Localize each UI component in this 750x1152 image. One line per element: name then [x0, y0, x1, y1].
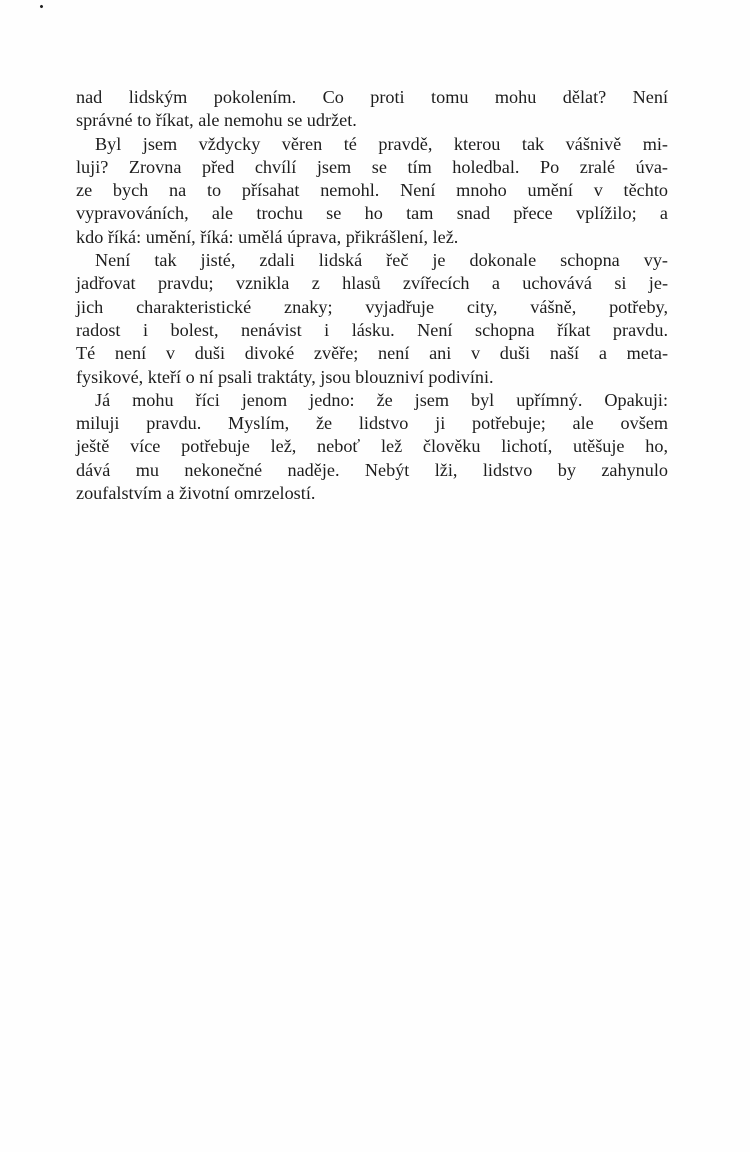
text-line: ze bych na to přísahat nemohl. Není mnoh… — [76, 179, 668, 202]
scan-artifact-speck — [39, 4, 43, 8]
text-line: nad lidským pokolením. Co proti tomu moh… — [76, 86, 668, 109]
text-line: Není tak jisté, zdali lidská řeč je doko… — [76, 249, 668, 272]
text-line: luji? Zrovna před chvílí jsem se tím hol… — [76, 156, 668, 179]
paragraph-1: nad lidským pokolením. Co proti tomu moh… — [76, 86, 668, 133]
text-line: Té není v duši divoké zvěře; není ani v … — [76, 342, 668, 365]
text-line: dává mu nekonečné naděje. Nebýt lži, lid… — [76, 459, 668, 482]
body-text: nad lidským pokolením. Co proti tomu moh… — [76, 86, 668, 505]
text-line: jich charakteristické znaky; vyjadřuje c… — [76, 296, 668, 319]
text-line: ještě více potřebuje lež, neboť lež člov… — [76, 435, 668, 458]
paragraph-3: Není tak jisté, zdali lidská řeč je doko… — [76, 249, 668, 389]
text-line: vypravováních, ale trochu se ho tam snad… — [76, 202, 668, 225]
scanned-book-page: nad lidským pokolením. Co proti tomu moh… — [0, 0, 750, 1152]
text-line: Já mohu říci jenom jedno: že jsem byl up… — [76, 389, 668, 412]
text-line: jadřovat pravdu; vznikla z hlasů zvířecí… — [76, 272, 668, 295]
text-line: radost i bolest, nenávist i lásku. Není … — [76, 319, 668, 342]
paragraph-2: Byl jsem vždycky věren té pravdě, kterou… — [76, 133, 668, 249]
text-line: miluji pravdu. Myslím, že lidstvo ji pot… — [76, 412, 668, 435]
text-line: fysikové, kteří o ní psali traktáty, jso… — [76, 366, 668, 389]
paragraph-4: Já mohu říci jenom jedno: že jsem byl up… — [76, 389, 668, 505]
text-line: správné to říkat, ale nemohu se udržet. — [76, 109, 668, 132]
text-line: Byl jsem vždycky věren té pravdě, kterou… — [76, 133, 668, 156]
text-line: zoufalstvím a životní omrzelostí. — [76, 482, 668, 505]
text-line: kdo říká: umění, říká: umělá úprava, při… — [76, 226, 668, 249]
